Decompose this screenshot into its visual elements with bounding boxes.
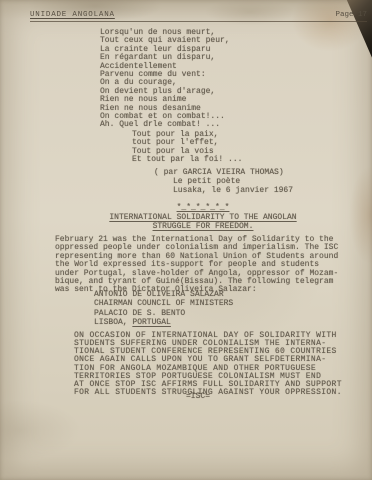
telegram-address: ANTONIO DE OLIVEIRA SALAZAR CHAIRMAN COU…: [94, 290, 233, 327]
torn-corner: [338, 0, 372, 60]
article-paragraph: February 21 was the International Day of…: [55, 236, 338, 295]
page-header: UNIDADE ANGOLANA Page 17: [30, 11, 367, 22]
telegram-address-country: PORTUGAL: [132, 318, 170, 327]
telegram-body: ON OCCASION OF INTERNATIONAL DAY OF SOLI…: [74, 332, 342, 397]
section-separator: *_*_*_*_*_*: [34, 204, 372, 212]
scanned-page: UNIDADE ANGOLANA Page 17 Lorsqu'un de no…: [0, 0, 372, 480]
poem-attribution-dateline: Lusaka, le 6 janvier 1967: [173, 187, 293, 195]
page-number: Page 17: [335, 11, 367, 19]
telegram-address-lines: ANTONIO DE OLIVEIRA SALAZAR CHAIRMAN COU…: [94, 290, 233, 318]
poem-stanza-2: Tout pour la paix, tout pour l'effet, To…: [132, 131, 242, 165]
telegram-address-city: LISBOA,: [94, 318, 132, 327]
poem-stanza-1: Lorsqu'un de nous meurt, Tout ceux qui a…: [100, 29, 230, 130]
article-title-line-2: STRUGGLE FOR FREEDOM.: [34, 223, 372, 231]
telegram-end-mark: =ISC=: [186, 393, 210, 401]
publication-title: UNIDADE ANGOLANA: [30, 11, 115, 19]
